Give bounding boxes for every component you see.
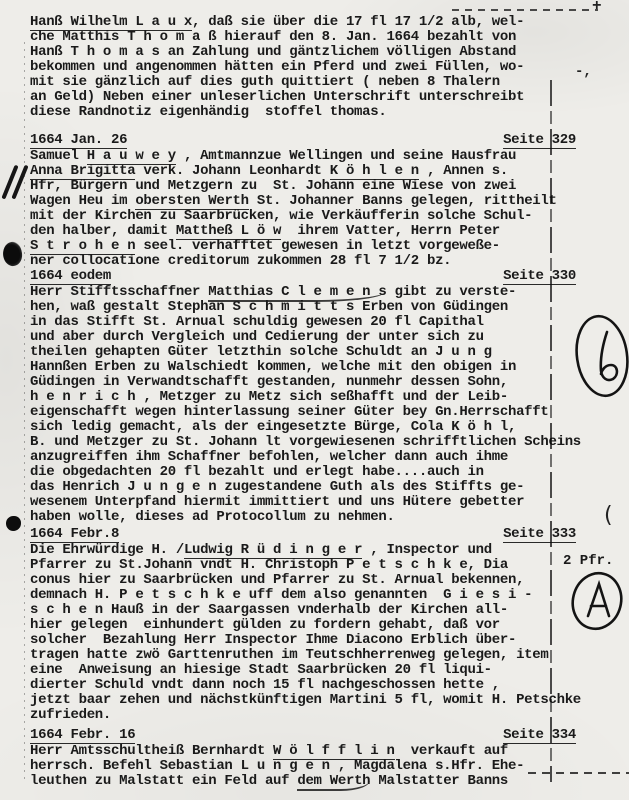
text-line: bekommen und angenommen hätten ein Pferd… xyxy=(30,60,576,75)
entry-date: 1664 Jan. 26 xyxy=(30,133,127,149)
text-run: in das Stifft St. Arnual schuldig gewese… xyxy=(30,314,484,330)
text-line: Herr Stifftsschaffner Matthias C l e m e… xyxy=(30,285,576,300)
ink-dot-bullet xyxy=(6,516,21,531)
text-run: mit sie gänzlich auf dies guth quittiert… xyxy=(30,74,500,90)
document-page: Hanß Wilhelm L a u x, daß sie über die 1… xyxy=(0,0,629,800)
entry-continuation: Hanß Wilhelm L a u x, daß sie über die 1… xyxy=(30,15,576,120)
entry-date: 1664 eodem xyxy=(30,269,111,285)
stray-dash-mark: -, xyxy=(575,64,592,80)
text-run: s c h e n Hauß in der Saargassen vnderha… xyxy=(30,602,508,618)
text-line: conus hier zu Saarbrücken und Pfarrer zu… xyxy=(30,573,576,588)
text-line: Hannßen Erben zu Walschiedt kommen, welc… xyxy=(30,360,576,375)
text-line: mit sie gänzlich auf dies guth quittiert… xyxy=(30,75,576,90)
text-line: hier gelegen einhundert gülden zu forder… xyxy=(30,618,576,633)
text-line: diese Randnotiz eigenhändig stoffel thom… xyxy=(30,105,576,120)
text-run: Malstatter Banns xyxy=(370,773,508,789)
text-run: Hannßen Erben zu Walschiedt kommen, welc… xyxy=(30,359,516,375)
text-line: solcher Bezahlung Herr Inspector Ihme Di… xyxy=(30,633,576,648)
text-run: h e n r i c h , Metzger zu Metz sich seß… xyxy=(30,389,508,405)
bottom-dashed-line xyxy=(528,772,629,774)
text-line: sich ledig gemacht, als der eingesetzte … xyxy=(30,420,576,435)
text-run: an Geld) Neben einer unleserlichen Unter… xyxy=(30,89,524,105)
entry-date: 1664 Febr.8 xyxy=(30,527,119,543)
page-reference: Seite 329 xyxy=(503,133,576,149)
text-line: jetzt baar zehen und nächstkünftigen Mar… xyxy=(30,693,576,708)
text-line: B. und Metzger zu St. Johann lt vorgewie… xyxy=(30,435,576,450)
text-run: wesenem Unterpfand hiermit immittiert un… xyxy=(30,494,524,510)
text-line: S t r o h e n seel. verhafftet gewesen i… xyxy=(30,239,576,254)
text-run: B. und Metzger zu St. Johann lt vorgewie… xyxy=(30,434,581,450)
text-run: , daß sie über die 17 fl 17 1/2 alb, wel… xyxy=(192,14,524,30)
text-run: tragen hatte zwö Garttenruthen im Teutsc… xyxy=(30,647,549,663)
text-run: solcher Bezahlung Herr Inspector Ihme Di… xyxy=(30,632,516,648)
entry-heading: 1664 Febr.8Seite 333 xyxy=(30,527,576,543)
entry-seite-333: 1664 Febr.8Seite 333Die Ehrwürdige H. /L… xyxy=(30,527,576,723)
text-run: zufrieden. xyxy=(30,707,111,723)
text-run: bekommen und angenommen hätten ein Pferd… xyxy=(30,59,524,75)
text-line: demnach H. P e t s c h k e uff dem also … xyxy=(30,588,576,603)
text-run: und aber durch Vergleich und Cedierung d… xyxy=(30,329,484,345)
text-run: , Annen s. xyxy=(419,163,508,179)
handwritten-double-slash-mark xyxy=(5,164,29,202)
text-run: , Amtmannzue Wellingen und seine Hausfra… xyxy=(176,148,516,164)
text-line: die obgedachten 20 fl bezahlt und erlegt… xyxy=(30,465,576,480)
left-margin-dotted-line xyxy=(24,42,25,782)
text-line: und aber durch Vergleich und Cedierung d… xyxy=(30,330,576,345)
text-line: Wagen Heu im obersten Werth St. Johanner… xyxy=(30,194,576,209)
page-reference: Seite 333 xyxy=(503,527,576,543)
text-line: Hanß T h o m a s an Zahlung und gäntzlic… xyxy=(30,45,576,60)
text-run: St. Johanner Banns gelegen, rittheilt xyxy=(249,193,557,209)
text-run: den halber, damit xyxy=(30,223,176,239)
text-line: eigenschafft wegen hinterlassung seiner … xyxy=(30,405,576,420)
text-run: verk. Johann Leonhardt xyxy=(135,163,329,179)
right-margin-rule xyxy=(550,80,552,782)
text-run: seel. verhafftet gewesen in letzt vorgew… xyxy=(135,238,500,254)
text-run: , Inspector und xyxy=(362,542,492,558)
text-run: verkauft auf xyxy=(395,743,508,759)
entry-heading: 1664 Jan. 26Seite 329 xyxy=(30,133,576,149)
text-run: ner collocatione creditorum zukommen 28 … xyxy=(30,253,451,269)
text-run: sich ledig gemacht, als der eingesetzte … xyxy=(30,419,516,435)
text-line: Pfarrer zu St.Johann vndt H. Christoph P… xyxy=(30,558,576,573)
text-run: anzugreiffen ihm Schaffner befohlen, wel… xyxy=(30,449,508,465)
text-run: Wagen Heu im xyxy=(30,193,135,209)
text-line: leuthen zu Malstatt ein Feld auf dem Wer… xyxy=(30,774,576,789)
text-line: Hanß Wilhelm L a u x, daß sie über die 1… xyxy=(30,15,576,30)
text-run: Hfr, Bürgern und Metzgern zu St. Johann … xyxy=(30,178,516,194)
text-run: Herr Amtsschultheiß Bernhardt xyxy=(30,743,273,759)
text-run: leuthen zu Malstatt ein Feld auf xyxy=(30,773,297,789)
handwritten-circled-b-annotation xyxy=(573,310,629,402)
text-run: che Matthis T h o m a ß hierauf den 8. J… xyxy=(30,29,516,45)
top-edge-dashed-line xyxy=(452,9,598,11)
text-run: haben wolle, dieses ad Protocollum zu ne… xyxy=(30,509,395,525)
text-run: die obgedachten 20 fl bezahlt und erlegt… xyxy=(30,464,484,480)
text-line: den halber, damit Mattheß L ö w ihrem Va… xyxy=(30,224,576,239)
text-line: zufrieden. xyxy=(30,708,576,723)
text-run: ihrem Vatter, Herrn Peter xyxy=(281,223,500,239)
text-line: wesenem Unterpfand hiermit immittiert un… xyxy=(30,495,576,510)
entry-seite-329: 1664 Jan. 26Seite 329Samuel H a u w e y … xyxy=(30,133,576,269)
text-run: Hanß T h o m a s an Zahlung und gäntzlic… xyxy=(30,44,516,60)
text-run: mit der Kirchen zu Saarbrücken, wie Verk… xyxy=(30,208,532,224)
text-run: eine Anweisung an hiesige Stadt Saarbrüc… xyxy=(30,662,492,678)
underlined-name: dem Werth xyxy=(297,773,370,791)
entry-seite-334: 1664 Febr. 16Seite 334Herr Amtsschulthei… xyxy=(30,728,576,789)
text-line: Hfr, Bürgern und Metzgern zu St. Johann … xyxy=(30,179,576,194)
entry-date: 1664 Febr. 16 xyxy=(30,728,135,744)
text-run: das Henrich J u n g e n zugestandene Gut… xyxy=(30,479,524,495)
text-line: che Matthis T h o m a ß hierauf den 8. J… xyxy=(30,30,576,45)
text-line: Die Ehrwürdige H. /Ludwig R ü d i n g e … xyxy=(30,543,576,558)
plus-mark: + xyxy=(592,0,602,15)
text-run: Güdingen in Verwandtschafft gestanden, n… xyxy=(30,374,508,390)
text-line: Samuel H a u w e y , Amtmannzue Wellinge… xyxy=(30,149,576,164)
text-line: das Henrich J u n g e n zugestandene Gut… xyxy=(30,480,576,495)
text-run: Pfarrer zu St.Johann vndt H. Christoph P… xyxy=(30,557,508,573)
text-line: mit der Kirchen zu Saarbrücken, wie Verk… xyxy=(30,209,576,224)
text-line: s c h e n Hauß in der Saargassen vnderha… xyxy=(30,603,576,618)
ink-blob xyxy=(1,240,25,267)
text-run: jetzt baar zehen und nächstkünftigen Mar… xyxy=(30,692,581,708)
page-reference: Seite 330 xyxy=(503,269,576,285)
margin-note-2-pfr: 2 Pfr. xyxy=(563,553,613,569)
text-line: Güdingen in Verwandtschafft gestanden, n… xyxy=(30,375,576,390)
text-run: hier gelegen einhundert gülden zu forder… xyxy=(30,617,500,633)
typewritten-text-column: Hanß Wilhelm L a u x, daß sie über die 1… xyxy=(30,15,576,789)
text-run: eigenschafft wegen hinterlassung seiner … xyxy=(30,404,549,420)
text-line: eine Anweisung an hiesige Stadt Saarbrüc… xyxy=(30,663,576,678)
text-run: herrsch. Befehl Sebastian L u n g e n , … xyxy=(30,758,524,774)
text-run: diese Randnotiz eigenhändig stoffel thom… xyxy=(30,104,386,120)
handwritten-circled-a-annotation xyxy=(568,570,626,632)
text-line: herrsch. Befehl Sebastian L u n g e n , … xyxy=(30,759,576,774)
text-line: theilen gehapten Güter letzthin solche S… xyxy=(30,345,576,360)
text-line: tragen hatte zwö Garttenruthen im Teutsc… xyxy=(30,648,576,663)
text-run: Samuel xyxy=(30,148,87,164)
text-line: Anna Brigitta verk. Johann Leonhardt K ö… xyxy=(30,164,576,179)
text-line: an Geld) Neben einer unleserlichen Unter… xyxy=(30,90,576,105)
text-run: hen, waß gestalt Stephan S c h m i t t s… xyxy=(30,299,508,315)
stray-paren-mark: ( xyxy=(604,503,613,528)
entry-heading: 1664 eodemSeite 330 xyxy=(30,269,576,285)
page-reference: Seite 334 xyxy=(503,728,576,744)
text-run: gibt zu verste- xyxy=(386,284,516,300)
text-line: h e n r i c h , Metzger zu Metz sich seß… xyxy=(30,390,576,405)
text-line: hen, waß gestalt Stephan S c h m i t t s… xyxy=(30,300,576,315)
text-run: demnach H. P e t s c h k e uff dem also … xyxy=(30,587,532,603)
text-line: anzugreiffen ihm Schaffner befohlen, wel… xyxy=(30,450,576,465)
entry-seite-330: 1664 eodemSeite 330Herr Stifftsschaffner… xyxy=(30,269,576,525)
text-line: Herr Amtsschultheiß Bernhardt W ö l f f … xyxy=(30,744,576,759)
text-run: dierter Schuld vndt dann noch 15 fl nach… xyxy=(30,677,500,693)
entry-heading: 1664 Febr. 16Seite 334 xyxy=(30,728,576,744)
text-line: in das Stifft St. Arnual schuldig gewese… xyxy=(30,315,576,330)
text-run: conus hier zu Saarbrücken und Pfarrer zu… xyxy=(30,572,524,588)
text-run: Herr Stifftsschaffner xyxy=(30,284,208,300)
text-run: theilen gehapten Güter letzthin solche S… xyxy=(30,344,492,360)
text-line: haben wolle, dieses ad Protocollum zu ne… xyxy=(30,510,576,525)
text-run: Die Ehrwürdige H. / xyxy=(30,542,184,558)
text-line: ner collocatione creditorum zukommen 28 … xyxy=(30,254,576,269)
text-line: dierter Schuld vndt dann noch 15 fl nach… xyxy=(30,678,576,693)
